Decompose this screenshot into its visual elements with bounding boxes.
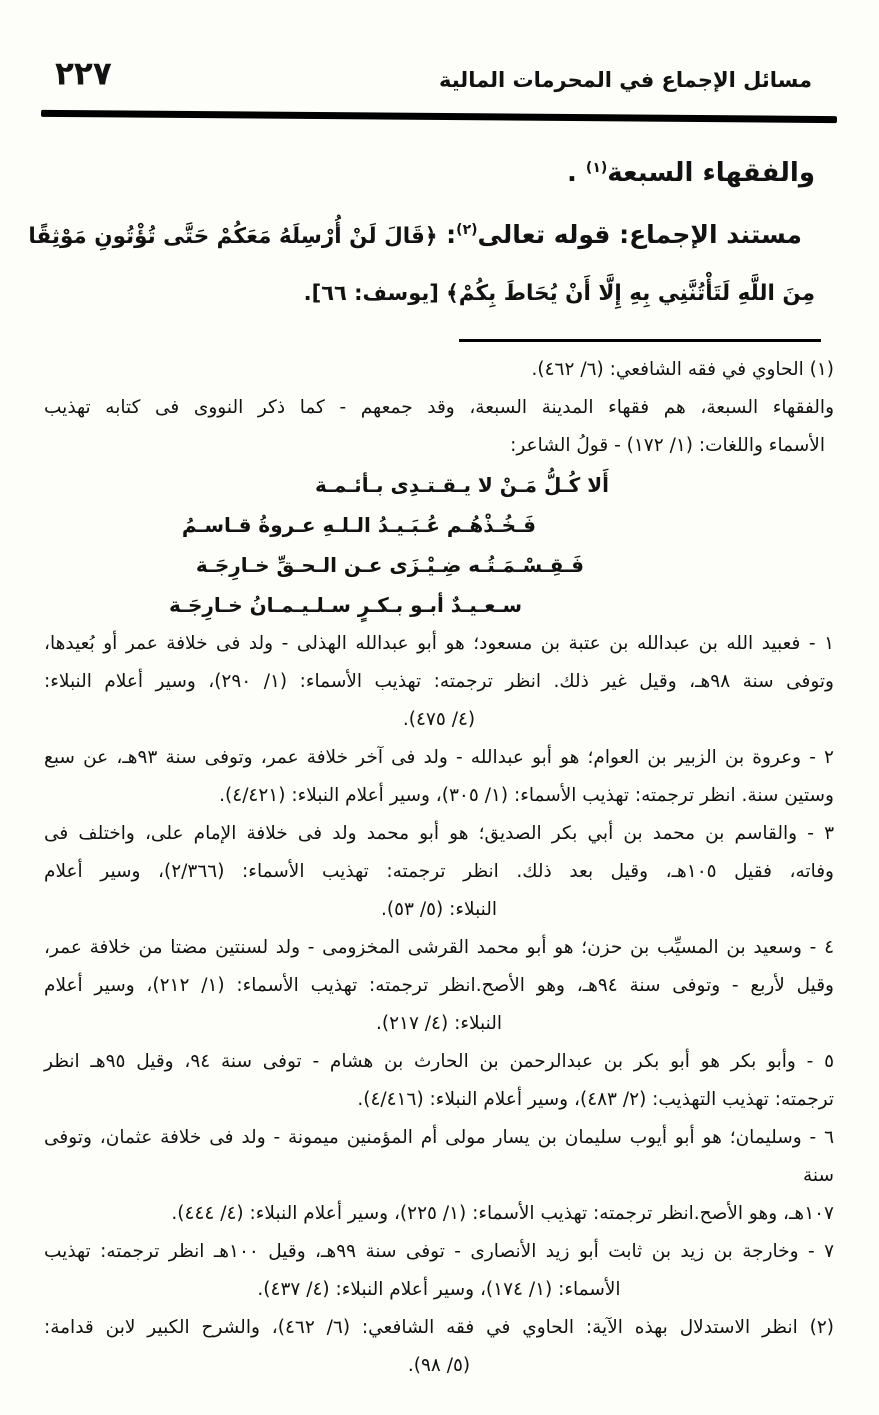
footnote-1-line-3: الأسماء واللغات: (١/ ١٧٢) - قولُ الشاعر: (44, 427, 834, 465)
running-head-title: مسائل الإجماع في المحرمات المالية (439, 68, 812, 92)
bio-6-line-1: ٦ - وسليمان؛ هو أبو أيوب سليمان بن يسار … (44, 1119, 834, 1195)
footnote-separator-line (459, 339, 821, 342)
bio-7-line-1: ٧ - وخارجة بن زيد بن ثابت أبو زيد الأنصا… (44, 1233, 834, 1271)
footnote-1-line-1: (١) الحاوي في فقه الشافعي: (٦/ ٤٦٢). (44, 351, 834, 389)
bio-7-line-2: الأسماء: (١/ ١٧٤)، وسير أعلام النبلاء: (… (44, 1271, 834, 1309)
bio-3-line-1: ٣ - والقاسم بن محمد بن أبي بكر الصديق؛ ه… (44, 815, 834, 853)
bio-4-line-3: النبلاء: (٤/ ٢١٧). (44, 1005, 834, 1043)
poem-verse-4: سـعـيـدٌ أبـو بـكـرٍ سـلـيـمـانُ خـارِجَ… (44, 585, 834, 625)
bio-5-line-2: ترجمته: تهذيب التهذيب: (٢/ ٤٨٣)، وسير أع… (44, 1081, 834, 1119)
footnote-2-line-1: (٢) انظر الاستدلال بهذه الآية: الحاوي في… (44, 1309, 834, 1347)
poem-verse-3: فَـقِـسْـمَـتُـه ضِـيْـزَى عـن الـحـقِّ … (44, 545, 834, 585)
page-number: ٢٢٧ (55, 55, 112, 93)
bio-3-line-3: النبلاء: (٥/ ٥٣). (44, 891, 834, 929)
footnote-ref-1: (١) (586, 160, 607, 176)
mustanad-lead: مستند الإجماع: قوله تعالى (478, 220, 802, 249)
bio-3-line-2: وفاته، فقيل ١٠٥هـ، وقيل بعد ذلك. انظر تر… (44, 853, 834, 891)
quran-verse-line-1: ﴿قَالَ لَنْ أُرْسِلَهُ مَعَكُمْ حَتَّى ت… (28, 224, 437, 249)
body-line-1-text: والفقهاء السبعة (607, 158, 815, 188)
main-text: والفقهاء السبعة(١) . مستند الإجماع: قوله… (58, 140, 815, 322)
header-rule-divider (41, 110, 837, 123)
page-header: مسائل الإجماع في المحرمات المالية ٢٢٧ (55, 56, 812, 92)
bio-1-line-1: ١ - فعبيد الله بن عبدالله بن عتبة بن مسع… (44, 625, 834, 663)
bio-5-line-1: ٥ - وأبو بكر هو أبو بكر بن عبدالرحمن بن … (44, 1043, 834, 1081)
quran-verse-line-2: مِنَ اللَّهِ لَتَأْتُنَّنِي بِهِ إِلَّا … (446, 281, 815, 306)
book-page: مسائل الإجماع في المحرمات المالية ٢٢٧ وا… (0, 0, 879, 1415)
body-line-1: والفقهاء السبعة(١) . (58, 140, 815, 202)
footnote-1-line-2: والفقهاء السبعة، هم فقهاء المدينة السبعة… (44, 389, 834, 427)
bio-6-line-2: ١٠٧هـ، وهو الأصح.انظر ترجمته: تهذيب الأس… (44, 1195, 834, 1233)
footnotes-block: (١) الحاوي في فقه الشافعي: (٦/ ٤٦٢). وال… (44, 351, 834, 1385)
poem: أَلا كُـلُّ مَـنْ لا يـقـتـدِى بـأئـمـة … (44, 465, 834, 625)
bio-2-line-1: ٢ - وعروة بن الزبير بن العوام؛ هو أبو عب… (44, 739, 834, 777)
poem-verse-2: فَـخُـذْهُـم عُـبَـيـدُ الـلـهِ عـروةُ ق… (44, 505, 834, 545)
bio-1-line-2: وتوفى سنة ٩٨هـ، وقيل غير ذلك. انظر ترجمت… (44, 663, 834, 701)
footnote-2-line-2: (٥/ ٩٨). (44, 1347, 834, 1385)
footnote-ref-2: (٢) (456, 222, 477, 238)
body-line-1-tail: . (567, 158, 586, 188)
bio-2-line-2: وستين سنة. انظر ترجمته: تهذيب الأسماء: (… (44, 777, 834, 815)
bio-4-line-2: وقيل لأربع - وتوفى سنة ٩٤هـ، وهو الأصح.ا… (44, 967, 834, 1005)
verse-citation: [يوسف: ٦٦]. (304, 281, 447, 305)
body-line-3: مِنَ اللَّهِ لَتَأْتُنَّنِي بِهِ إِلَّا … (58, 265, 815, 322)
body-line-2: مستند الإجماع: قوله تعالى(٢): ﴿قَالَ لَن… (58, 202, 815, 265)
bio-4-line-1: ٤ - وسعيد بن المسيِّب بن حزن؛ هو أبو محم… (44, 929, 834, 967)
lead-colon: : (437, 220, 456, 249)
bio-1-line-3: (٤/ ٤٧٥). (44, 701, 834, 739)
poem-verse-1: أَلا كُـلُّ مَـنْ لا يـقـتـدِى بـأئـمـة (44, 465, 834, 505)
